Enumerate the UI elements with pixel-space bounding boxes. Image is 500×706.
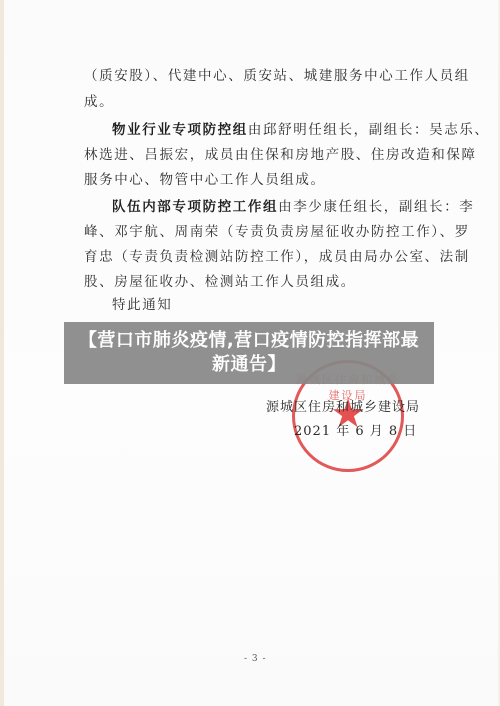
- body-line-6: 队伍内部专项防控工作组由李少康任组长，副组长：李: [112, 197, 474, 217]
- group-name-property: 物业行业专项防控组: [112, 122, 248, 138]
- line-text: 服务中心、物管中心工作人员组成。: [84, 172, 326, 188]
- body-line-3: 物业行业专项防控组由邱舒明任组长，副组长：吴志乐、: [112, 120, 490, 140]
- body-line-8: 育忠（专责负责检测站防控工作），成员由局办公室、法制: [84, 247, 470, 267]
- body-line-7: 峰、邓宇航、周南荣（专责负责房屋征收办防控工作）、罗: [84, 222, 470, 242]
- line-text: 峰、邓宇航、周南荣（专责负责房屋征收办防控工作）、罗: [84, 224, 470, 240]
- line-text: 由李少康任组长，副组长：李: [278, 199, 474, 215]
- signature-org: 源城区住房和城乡建设局: [266, 396, 420, 415]
- group-name-internal: 队伍内部专项防控工作组: [112, 199, 278, 215]
- line-text: 股、房屋征收办、检测站工作人员组成。: [84, 274, 356, 290]
- signature-date: 2021 年 6 月 8 日: [294, 420, 417, 439]
- page-number: - 3 -: [244, 654, 267, 664]
- body-line-2: 成。: [84, 92, 114, 112]
- body-line-10: 特此通知: [112, 295, 172, 315]
- line-text: 由邱舒明任组长，副组长：吴志乐、: [248, 122, 490, 138]
- line-text: （质安股）、代建中心、质安站、城建服务中心工作人员组: [84, 68, 470, 84]
- line-text: 成。: [84, 94, 114, 110]
- title-overlay-banner: 【营口市肺炎疫情,营口疫情防控指挥部最新通告】: [64, 322, 434, 384]
- overlay-title: 【营口市肺炎疫情,营口疫情防控指挥部最新通告】: [64, 329, 434, 377]
- body-line-5: 服务中心、物管中心工作人员组成。: [84, 170, 326, 190]
- line-text: 育忠（专责负责检测站防控工作），成员由局办公室、法制: [84, 249, 470, 265]
- body-line-4: 林选进、吕振宏，成员由住保和房地产股、住房改造和保障: [84, 145, 477, 165]
- body-line-9: 股、房屋征收办、检测站工作人员组成。: [84, 272, 356, 292]
- line-text: 林选进、吕振宏，成员由住保和房地产股、住房改造和保障: [84, 147, 477, 163]
- closing-text: 特此通知: [112, 297, 172, 313]
- body-line-1: （质安股）、代建中心、质安站、城建服务中心工作人员组: [84, 66, 470, 86]
